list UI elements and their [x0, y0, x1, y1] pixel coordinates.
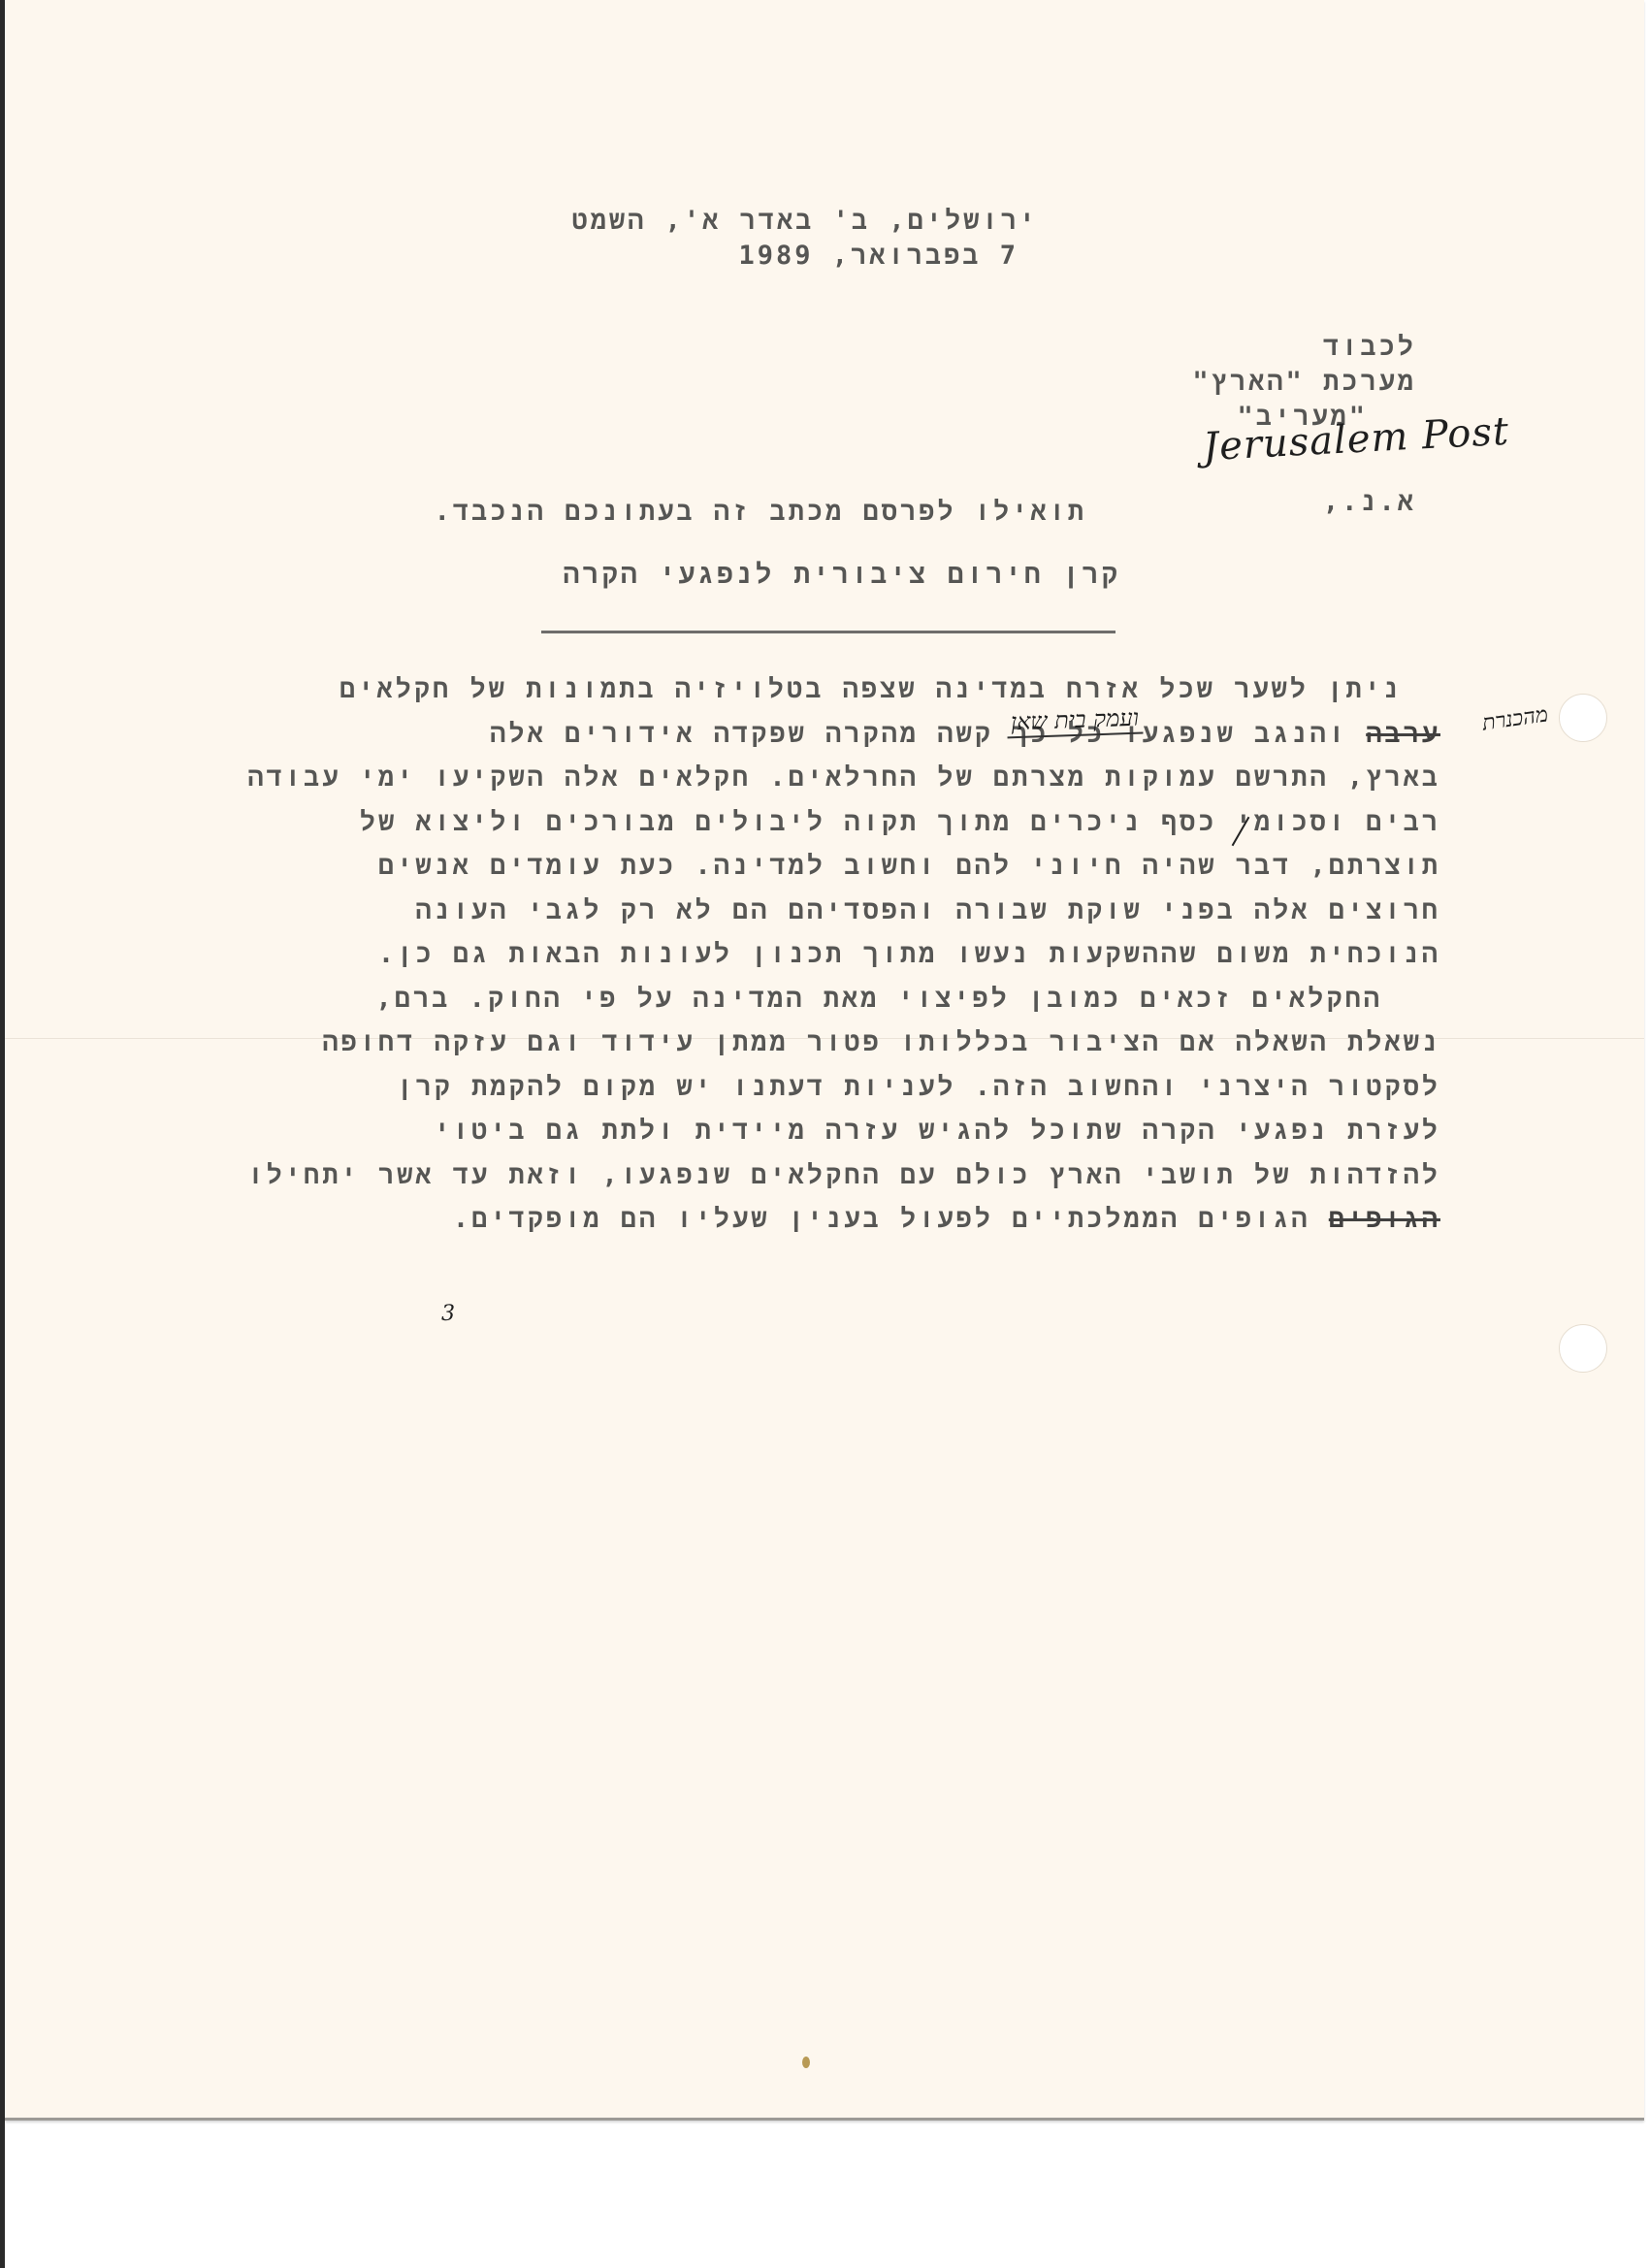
body-line-13: הגופים הגופים הממלכתיים לפעול בענין שעלי… [247, 1197, 1440, 1242]
punch-hole-top [1559, 694, 1607, 742]
publication-request: תואילו לפרסם מכתב זה בעתונכם הנכבד. [435, 497, 1086, 529]
body-line-3: בארץ, התרשם עמוקות מצרתם של החרלאים. חקל… [247, 756, 1440, 800]
body-line-6: חרוצים אלה בפני שוקת שבורה והפסדיהם הם ל… [247, 889, 1440, 933]
body-line-5: תוצרתם, דבר שהיה חיוני להם וחשוב למדינה.… [247, 844, 1440, 889]
letter-body: ניתן לשער שכל אזרח במדינה שצפה בטלויזיה … [247, 667, 1440, 1242]
handwritten-mark: 3 [441, 1302, 455, 1326]
greeting: א.נ., [1192, 485, 1416, 520]
body-line-10: לסקטור היצרני והחשוב הזה. לעניות דעתנו י… [247, 1065, 1440, 1110]
body-line-2: ערבה והנגב שנפגעו כל כך קשה מהקרה שפקדה … [247, 712, 1440, 757]
punch-hole-bottom [1559, 1324, 1607, 1373]
date-hebrew: ירושלים, ב' באדר א', השמט [572, 204, 1039, 239]
body-line-1: ניתן לשער שכל אזרח במדינה שצפה בטלויזיה … [247, 667, 1440, 712]
body-line-8: החקלאים זכאים כמובן לפיצוי מאת המדינה על… [247, 977, 1440, 1021]
letter-title: קרן חירום ציבורית לנפגעי הקרה [564, 558, 1121, 592]
title-underline [541, 631, 1115, 633]
body-line-12: להזדהות של תושבי הארץ כולם עם החקלאים שנ… [247, 1153, 1440, 1198]
struck-word: ערבה [1366, 719, 1440, 749]
body-line-7: הנוכחית משום שההשקעות נעשו מתוך תכנון לע… [247, 932, 1440, 977]
paper-stain [802, 2057, 810, 2068]
struck-word: הגופים [1329, 1204, 1440, 1234]
body-line-9: נשאלת השאלה אם הציבור בכללותו פטור ממתן … [247, 1021, 1440, 1065]
date-gregorian: 7 בפברואר, 1989 [572, 239, 1039, 274]
letter-date: ירושלים, ב' באדר א', השמט 7 בפברואר, 198… [572, 204, 1039, 274]
addressee-haaretz: מערכת "הארץ" [1192, 365, 1416, 400]
handwritten-insertion-beit-shean: ועמק בית שאן [1007, 704, 1144, 739]
salutation: לכבוד [1192, 330, 1416, 365]
body-line-4: רבים וסכומי כסף ניכרים מתוך תקוה ליבולים… [247, 800, 1440, 845]
body-line-11: לעזרת נפגעי הקרה שתוכל להגיש עזרה מיידית… [247, 1109, 1440, 1153]
